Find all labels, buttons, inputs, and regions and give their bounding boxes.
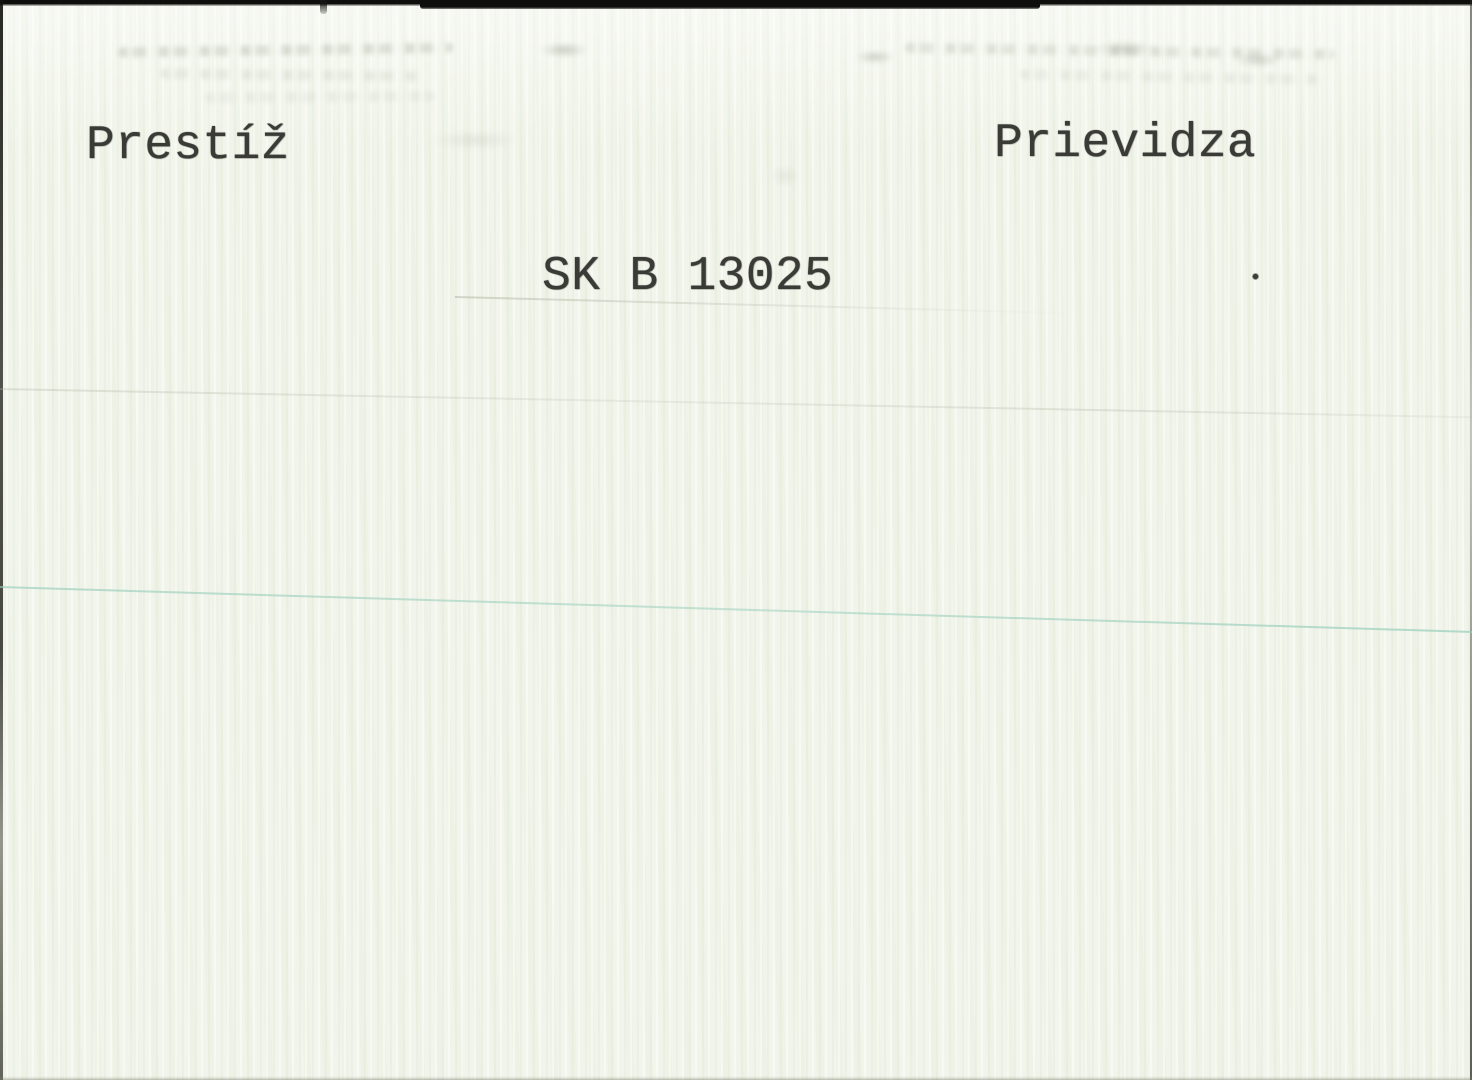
ghost-smudge: [1095, 40, 1155, 58]
ghost-smudge: [855, 50, 895, 64]
ghost-text-bleedthrough-left: [205, 91, 435, 103]
ghost-smudge: [430, 130, 520, 150]
scan-top-edge-tick: [320, 0, 327, 14]
ghost-smudge: [1235, 52, 1281, 68]
scan-bottom-edge: [0, 1076, 1472, 1080]
catalog-card-scan: Prestíž Prievidza SK B 13025: [0, 0, 1472, 1080]
card-shelfmark: SK B 13025: [542, 253, 833, 301]
scan-left-edge: [0, 0, 3, 1080]
ink-dot: [1252, 273, 1259, 280]
ghost-smudge: [540, 42, 588, 58]
scan-top-edge-thick-segment: [420, 0, 1040, 9]
ghost-smudge: [770, 165, 800, 187]
card-place-name: Prievidza: [994, 120, 1256, 168]
card-title: Prestíž: [86, 122, 290, 170]
